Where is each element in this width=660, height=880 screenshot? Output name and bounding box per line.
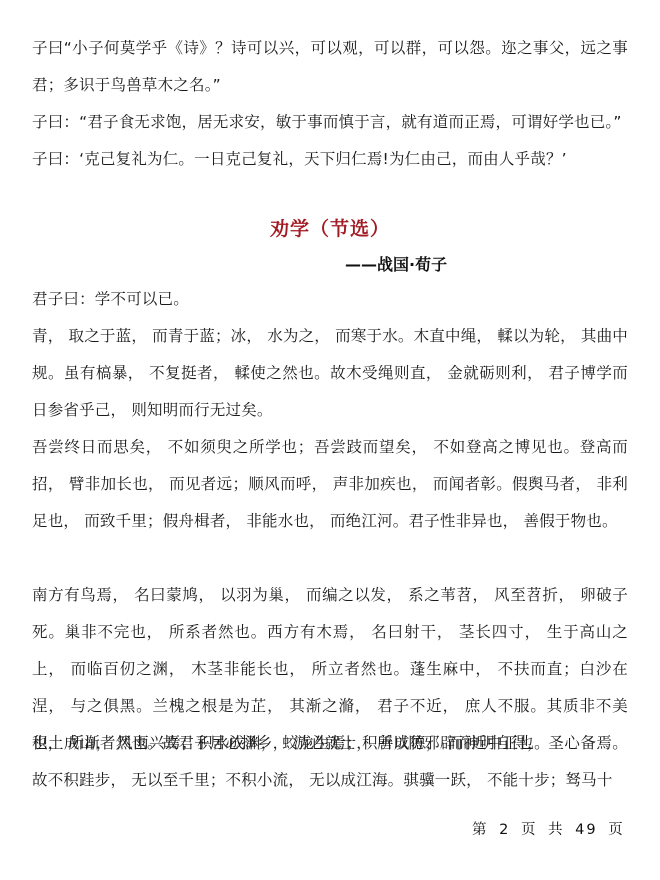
paragraph-quanxue-2: 青， 取之于蓝， 而青于蓝；冰， 水为之， 而寒于水。木直中绳， 輮以为轮， 其… [32, 318, 628, 429]
section-author: ——战国·荀子 [345, 252, 447, 275]
paragraph-analects-3: 子曰：‘克己复礼为仁。一日克己复礼，天下归仁焉!为仁由己，而由人乎哉？’ [32, 141, 628, 178]
paragraph-quanxue-3: 吾尝终日而思矣， 不如须臾之所学也；吾尝跂而望矣， 不如登高之博见也。登高而招，… [32, 429, 628, 540]
section-title: 劝学（节选） [0, 214, 660, 241]
paragraph-analects-2: 子曰：“君子食无求饱，居无求安，敏于事而慎于言，就有道而正焉，可谓好学也已。” [32, 104, 628, 141]
document-page: 子曰“小子何莫学乎《诗》？诗可以兴，可以观，可以群，可以怨。迩之事父，远之事君；… [0, 0, 660, 880]
paragraph-quanxue-5: 积土成山， 风雨兴焉；积水成渊， 蛟龙生焉；积善成德， 而神明自得， 圣心备焉。… [32, 725, 628, 799]
page-number: 第 2 页 共 49 页 [472, 818, 625, 839]
paragraph-analects-1: 子曰“小子何莫学乎《诗》？诗可以兴，可以观，可以群，可以怨。迩之事父，远之事君；… [32, 30, 628, 104]
paragraph-quanxue-1: 君子曰：学不可以已。 [32, 281, 628, 318]
